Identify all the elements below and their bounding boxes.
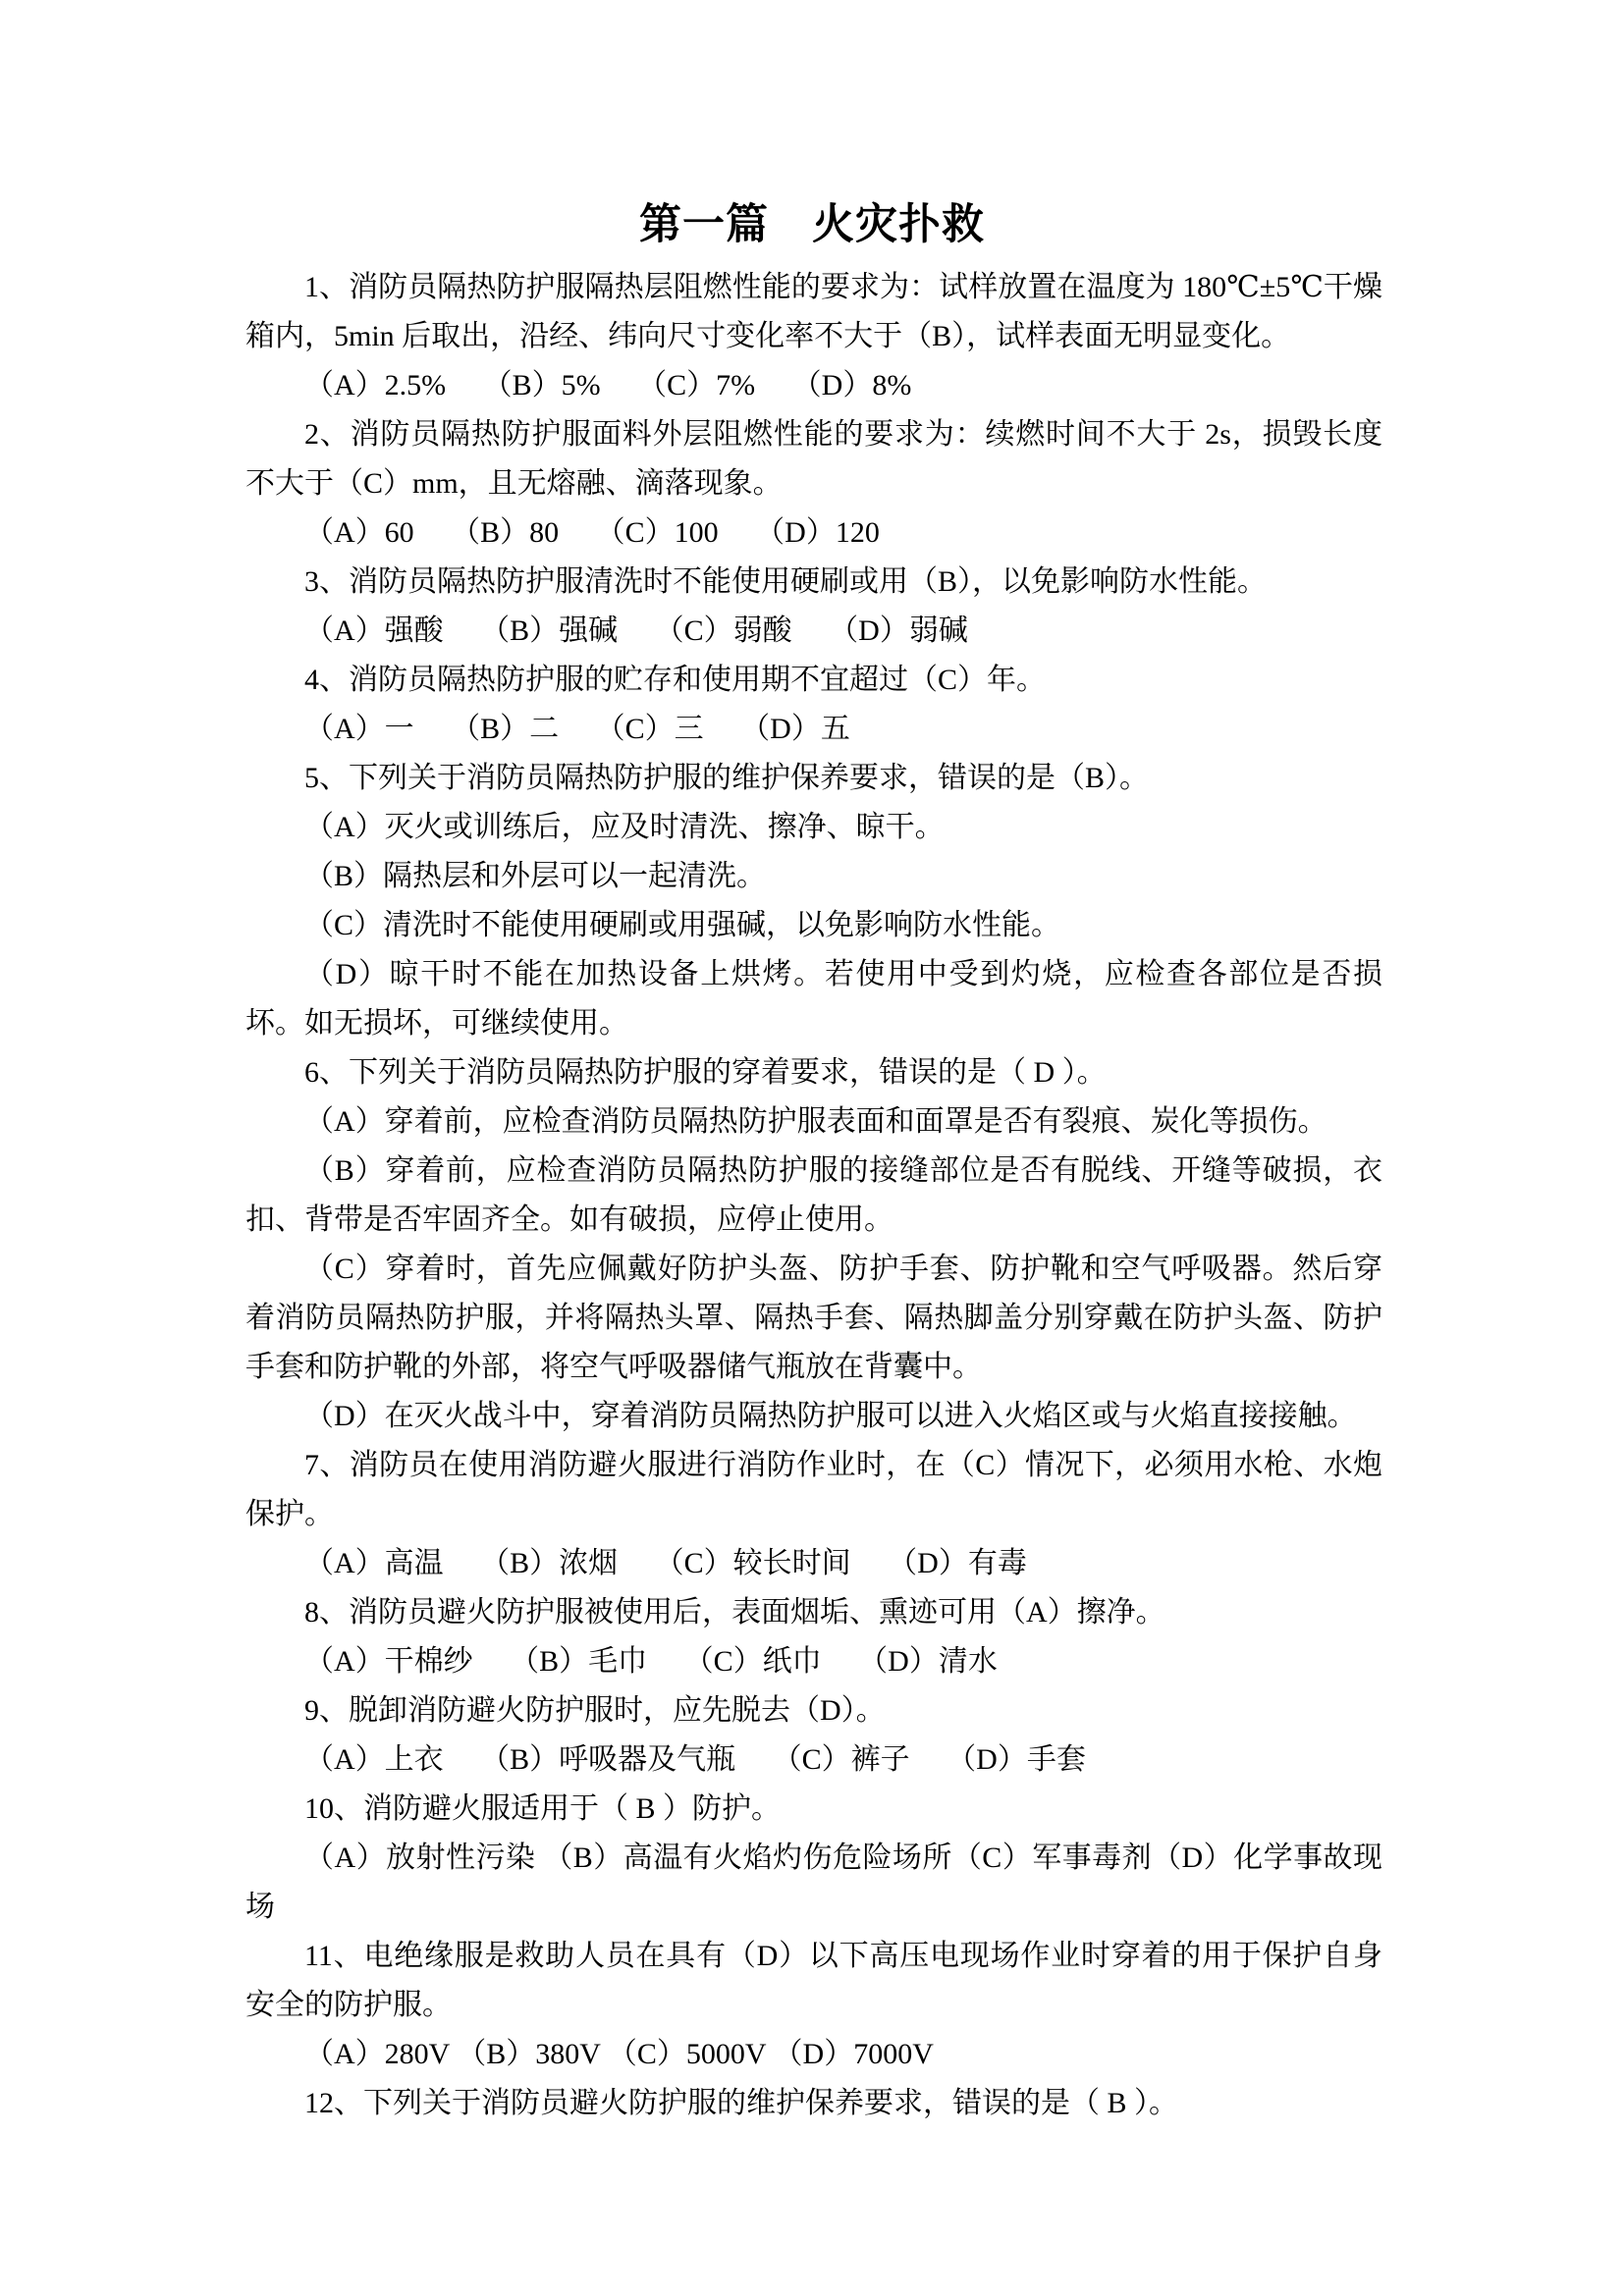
option-line: （B）隔热层和外层可以一起清洗。 <box>245 852 1382 901</box>
option-line: （A）高温 （B）浓烟 （C）较长时间 （D）有毒 <box>245 1539 1382 1588</box>
question-stem: 6、下列关于消防员隔热防护服的穿着要求，错误的是（ D ）。 <box>245 1048 1382 1097</box>
option-line: （A）2.5% （B）5% （C）7% （D）8% <box>245 361 1382 410</box>
question-block: 5、下列关于消防员隔热防护服的维护保养要求，错误的是（B）。 （A）灭火或训练后… <box>245 754 1382 1048</box>
question-stem: 8、消防员避火防护服被使用后，表面烟垢、熏迹可用（A）擦净。 <box>245 1588 1382 1637</box>
option-line: （A）上衣 （B）呼吸器及气瓶 （C）裤子 （D）手套 <box>245 1735 1382 1785</box>
question-block: 10、消防避火服适用于（ B ）防护。 （A）放射性污染 （B）高温有火焰灼伤危… <box>245 1785 1382 1932</box>
question-block: 1、消防员隔热防护服隔热层阻燃性能的要求为：试样放置在温度为 180℃±5℃干燥… <box>245 263 1382 410</box>
question-list: 1、消防员隔热防护服隔热层阻燃性能的要求为：试样放置在温度为 180℃±5℃干燥… <box>245 263 1382 2128</box>
question-stem: 5、下列关于消防员隔热防护服的维护保养要求，错误的是（B）。 <box>245 754 1382 803</box>
question-block: 3、消防员隔热防护服清洗时不能使用硬刷或用（B），以免影响防水性能。 （A）强酸… <box>245 558 1382 656</box>
option-line: （A）放射性污染 （B）高温有火焰灼伤危险场所（C）军事毒剂（D）化学事故现场 <box>245 1834 1382 1932</box>
page-title: 第一篇 火灾扑救 <box>0 194 1624 257</box>
question-block: 11、电绝缘服是救助人员在具有（D）以下高压电现场作业时穿着的用于保护自身安全的… <box>245 1932 1382 2079</box>
question-stem: 12、下列关于消防员避火防护服的维护保养要求，错误的是（ B ）。 <box>245 2079 1382 2128</box>
question-block: 2、消防员隔热防护服面料外层阻燃性能的要求为：续燃时间不大于 2s，损毁长度不大… <box>245 410 1382 558</box>
option-line: （D）在灭火战斗中，穿着消防员隔热防护服可以进入火焰区或与火焰直接接触。 <box>245 1392 1382 1441</box>
question-block: 8、消防员避火防护服被使用后，表面烟垢、熏迹可用（A）擦净。 （A）干棉纱 （B… <box>245 1588 1382 1686</box>
question-stem: 4、消防员隔热防护服的贮存和使用期不宜超过（C）年。 <box>245 656 1382 705</box>
question-block: 9、脱卸消防避火防护服时，应先脱去（D）。 （A）上衣 （B）呼吸器及气瓶 （C… <box>245 1686 1382 1785</box>
option-line: （C）穿着时，首先应佩戴好防护头盔、防护手套、防护靴和空气呼吸器。然后穿着消防员… <box>245 1245 1382 1392</box>
question-block: 12、下列关于消防员避火防护服的维护保养要求，错误的是（ B ）。 <box>245 2079 1382 2128</box>
question-stem: 10、消防避火服适用于（ B ）防护。 <box>245 1785 1382 1834</box>
option-line: （A）60 （B）80 （C）100 （D）120 <box>245 508 1382 558</box>
option-line: （D）晾干时不能在加热设备上烘烤。若使用中受到灼烧，应检查各部位是否损坏。如无损… <box>245 950 1382 1048</box>
option-line: （A）灭火或训练后，应及时清洗、擦净、晾干。 <box>245 803 1382 852</box>
option-line: （A）穿着前，应检查消防员隔热防护服表面和面罩是否有裂痕、炭化等损伤。 <box>245 1097 1382 1147</box>
question-stem: 2、消防员隔热防护服面料外层阻燃性能的要求为：续燃时间不大于 2s，损毁长度不大… <box>245 410 1382 508</box>
option-line: （A）一 （B）二 （C）三 （D）五 <box>245 705 1382 754</box>
question-block: 4、消防员隔热防护服的贮存和使用期不宜超过（C）年。 （A）一 （B）二 （C）… <box>245 656 1382 754</box>
document-page: 第一篇 火灾扑救 1、消防员隔热防护服隔热层阻燃性能的要求为：试样放置在温度为 … <box>0 0 1624 2296</box>
question-stem: 9、脱卸消防避火防护服时，应先脱去（D）。 <box>245 1686 1382 1735</box>
question-stem: 11、电绝缘服是救助人员在具有（D）以下高压电现场作业时穿着的用于保护自身安全的… <box>245 1932 1382 2030</box>
question-stem: 7、消防员在使用消防避火服进行消防作业时，在（C）情况下，必须用水枪、水炮保护。 <box>245 1441 1382 1539</box>
question-stem: 1、消防员隔热防护服隔热层阻燃性能的要求为：试样放置在温度为 180℃±5℃干燥… <box>245 263 1382 361</box>
option-line: （C）清洗时不能使用硬刷或用强碱，以免影响防水性能。 <box>245 901 1382 950</box>
question-block: 6、下列关于消防员隔热防护服的穿着要求，错误的是（ D ）。 （A）穿着前，应检… <box>245 1048 1382 1441</box>
option-line: （A）干棉纱 （B）毛巾 （C）纸巾 （D）清水 <box>245 1637 1382 1686</box>
option-line: （B）穿着前，应检查消防员隔热防护服的接缝部位是否有脱线、开缝等破损，衣扣、背带… <box>245 1147 1382 1245</box>
question-block: 7、消防员在使用消防避火服进行消防作业时，在（C）情况下，必须用水枪、水炮保护。… <box>245 1441 1382 1588</box>
option-line: （A）强酸 （B）强碱 （C）弱酸 （D）弱碱 <box>245 607 1382 656</box>
question-stem: 3、消防员隔热防护服清洗时不能使用硬刷或用（B），以免影响防水性能。 <box>245 558 1382 607</box>
option-line: （A）280V （B）380V （C）5000V （D）7000V <box>245 2030 1382 2079</box>
